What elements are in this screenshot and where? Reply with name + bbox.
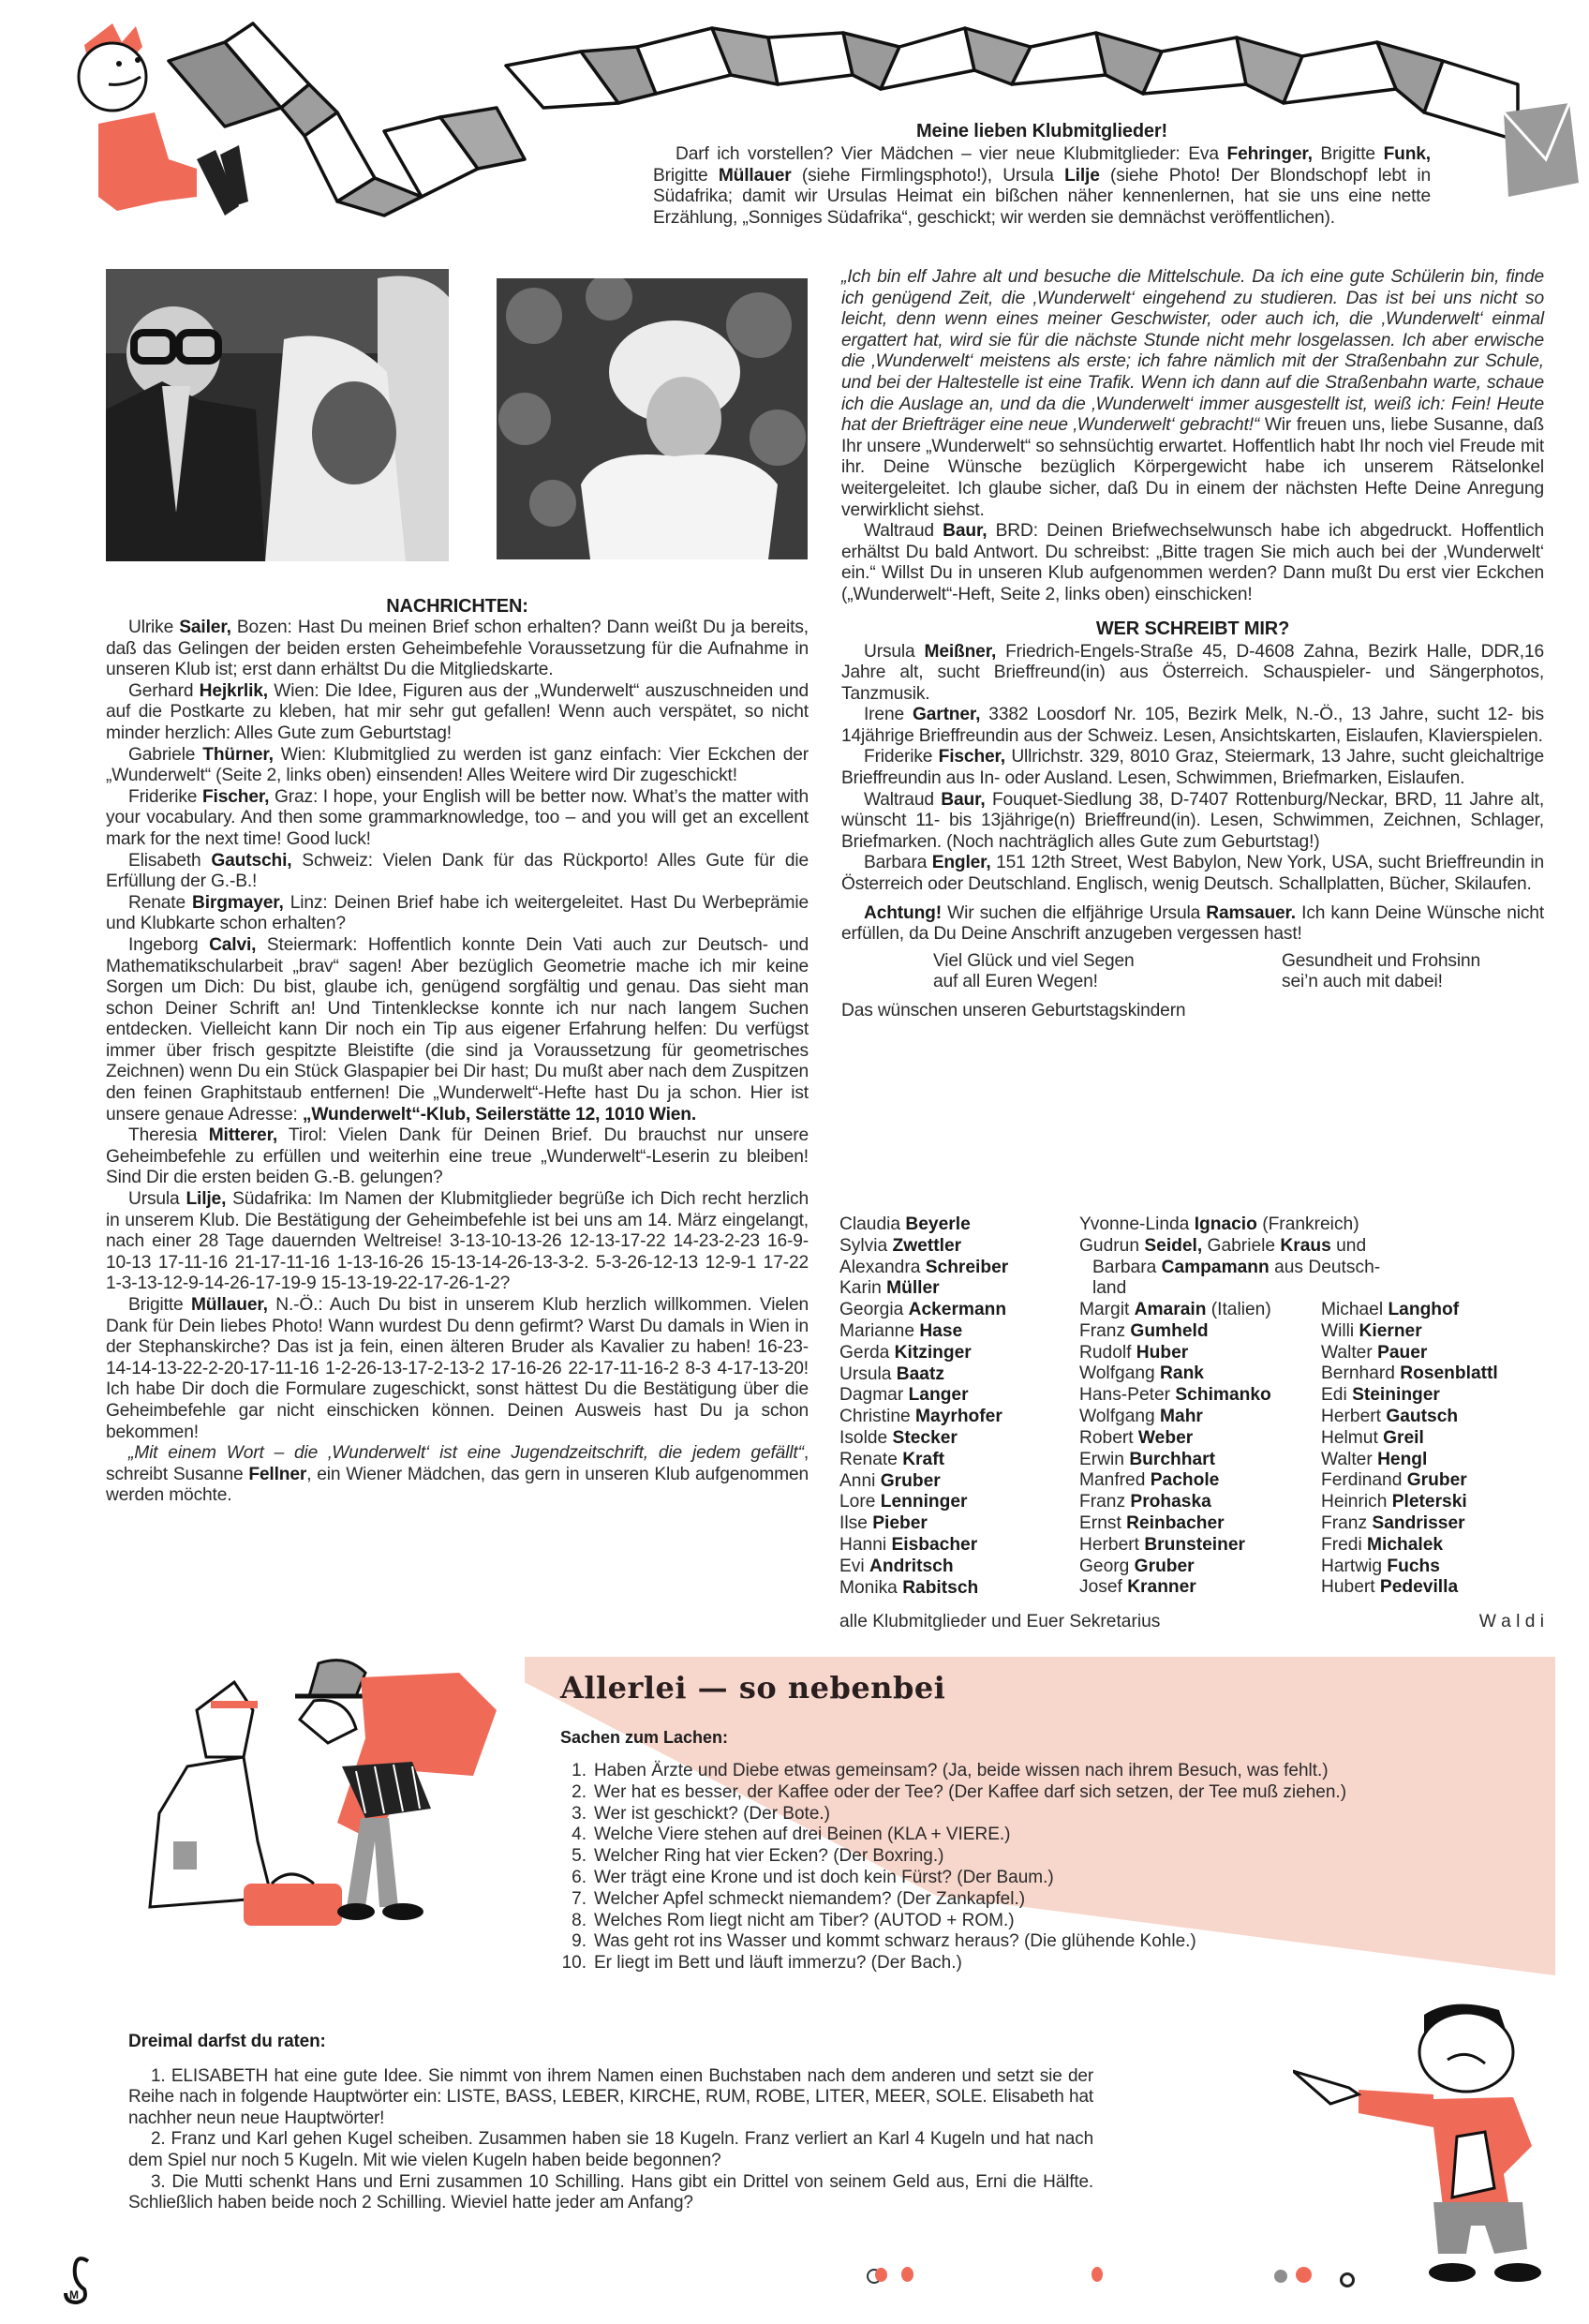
birthday-name: Georgia Ackermann [839, 1300, 1078, 1321]
nachrichten-section: NACHRICHTEN: Ulrike Sailer, Bozen: Hast … [106, 595, 809, 1507]
closing-line: alle Klubmitglieder und Euer Sekretarius… [839, 1612, 1544, 1632]
decor-dot [1274, 2270, 1287, 2283]
fellner-continuation: „Ich bin elf Jahre alt und besuche die M… [841, 267, 1544, 521]
decor-dot [1296, 2267, 1312, 2283]
birthday-name: land [1079, 1278, 1548, 1300]
birthday-name: Marianne Hase [839, 1321, 1078, 1343]
birthday-name: Monika Rabitsch [839, 1578, 1078, 1600]
birthday-name: Walter Hengl [1321, 1450, 1546, 1471]
birthday-name: Evi Andritsch [839, 1557, 1078, 1578]
club-address: „Wunderwelt“-Klub, Seilerstätte 12, 1010… [303, 1105, 696, 1125]
allerlei-section: Allerlei — so nebenbei Sachen zum Lachen… [560, 1670, 1535, 1974]
doctor-and-thief-icon [131, 1654, 525, 1926]
birthday-col-2: Margit Amarain (Italien)Franz GumheldRud… [1079, 1300, 1323, 1599]
message-entry: Brigitte Müllauer, N.-Ö.: Auch Du bist i… [106, 1295, 809, 1443]
birthday-name: Anni Gruber [839, 1471, 1078, 1493]
birthday-name: Heinrich Pleterski [1321, 1492, 1546, 1513]
birthday-name: Edi Steininger [1321, 1385, 1546, 1407]
riddle-3: 3. Die Mutti schenkt Hans und Erni zusam… [128, 2172, 1093, 2214]
birthday-name: Christine Mayrhofer [839, 1407, 1078, 1428]
birthday-name: Alexandra Schreiber [839, 1258, 1078, 1279]
birthday-name: Fredi Michalek [1321, 1535, 1546, 1557]
message-entry: Renate Birgmayer, Linz: Deinen Brief hab… [106, 893, 809, 935]
right-column: „Ich bin elf Jahre alt und besuche die M… [841, 267, 1544, 1022]
birthday-verse: Viel Glück und viel Segen auf all Euren … [933, 951, 1544, 993]
birthday-name: Ferdinand Gruber [1321, 1470, 1546, 1492]
birthday-name: Isolde Stecker [839, 1428, 1078, 1450]
artist-monogram-icon: M [60, 2254, 97, 2310]
birthday-name: Ursula Baatz [839, 1364, 1078, 1386]
decor-dot [1340, 2272, 1355, 2287]
birthday-name: Willi Kierner [1321, 1321, 1546, 1343]
photo-ursula-lilje [497, 278, 808, 559]
intro-section: Meine lieben Klubmitglieder! Darf ich vo… [653, 120, 1431, 229]
birthday-name: Ernst Reinbacher [1079, 1513, 1323, 1535]
envelope-icon [1504, 103, 1579, 197]
birthday-name: Wolfgang Rank [1079, 1363, 1323, 1385]
birthday-name: Franz Prohaska [1079, 1492, 1323, 1513]
joke-item: 2.Wer hat es besser, der Kaffee oder der… [560, 1782, 1497, 1804]
joke-item: 5.Welcher Ring hat vier Ecken? (Der Boxr… [560, 1846, 1497, 1868]
birthday-name: Renate Kraft [839, 1450, 1078, 1471]
decor-dot [1092, 2267, 1103, 2282]
message-entry: Ingeborg Calvi, Steiermark: Hoffentlich … [106, 935, 809, 1125]
birthday-name: Georg Gruber [1079, 1557, 1323, 1578]
birthday-name: Wolfgang Mahr [1079, 1407, 1323, 1428]
joke-item: 6.Wer trägt eine Krone und ist doch kein… [560, 1868, 1497, 1889]
birthday-name: Yvonne-Linda Ignacio (Frankreich) [1079, 1214, 1548, 1236]
birthday-name: Robert Weber [1079, 1428, 1323, 1450]
fellner-quote: „Mit einem Wort – die ‚Wunderwelt‘ ist e… [106, 1443, 809, 1507]
raten-section: Dreimal darfst du raten: 1. ELISABETH ha… [128, 2032, 1093, 2214]
birthday-name: Sylvia Zwettler [839, 1236, 1078, 1258]
birthday-name: Hubert Pedevilla [1321, 1577, 1546, 1599]
joke-item: 10.Er liegt im Bett und läuft immerzu? (… [560, 1953, 1497, 1974]
birthday-name: Franz Gumheld [1079, 1321, 1323, 1343]
raten-title: Dreimal darfst du raten: [128, 2032, 1093, 2053]
joke-item: 1.Haben Ärzte und Diebe etwas gemeinsam?… [560, 1761, 1497, 1782]
birthday-name: Hartwig Fuchs [1321, 1557, 1546, 1578]
riddle-1: 1. ELISABETH hat eine gute Idee. Sie nim… [128, 2066, 1093, 2130]
achtung-notice: Achtung! Wir suchen die elfjährige Ursul… [841, 903, 1544, 946]
birthday-name: Herbert Gautsch [1321, 1407, 1546, 1428]
penpal-entry: Irene Gartner, 3382 Loosdorf Nr. 105, Be… [841, 705, 1544, 747]
decor-dot [901, 2267, 913, 2282]
birthday-name: Hans-Peter Schimanko [1079, 1385, 1323, 1407]
joke-item: 8.Welches Rom liegt nicht am Tiber? (AUT… [560, 1911, 1497, 1932]
penpal-entry: Waltraud Baur, Fouquet-Siedlung 38, D-74… [841, 790, 1544, 854]
birthday-name: Ilse Pieber [839, 1513, 1078, 1535]
birthday-name: Lore Lenninger [839, 1492, 1078, 1513]
decor-dot [875, 2268, 887, 2282]
nachrichten-title: NACHRICHTEN: [106, 595, 809, 618]
joke-item: 3.Wer ist geschickt? (Der Bote.) [560, 1804, 1497, 1825]
message-entry: Gerhard Hejkrlik, Wien: Die Idee, Figure… [106, 681, 809, 745]
birthday-name: Herbert Brunsteiner [1079, 1535, 1323, 1557]
jokes-subtitle: Sachen zum Lachen: [560, 1728, 1535, 1748]
allerlei-title: Allerlei — so nebenbei [560, 1670, 1535, 1706]
birthday-name: Josef Kranner [1079, 1577, 1323, 1599]
penpal-entry: Friderike Fischer, Ullrichstr. 329, 8010… [841, 747, 1544, 789]
birthday-name: Hanni Eisbacher [839, 1535, 1078, 1557]
birthday-col-3: Michael LanghofWilli KiernerWalter Pauer… [1321, 1300, 1546, 1599]
birthday-col-2-top: Yvonne-Linda Ignacio (Frankreich)Gudrun … [1079, 1214, 1548, 1300]
birthday-name: Walter Pauer [1321, 1343, 1546, 1364]
birthday-name: Gerda Kitzinger [839, 1343, 1078, 1364]
birthday-name: Claudia Beyerle [839, 1214, 1078, 1236]
joke-item: 7.Welcher Apfel schmeckt niemandem? (Der… [560, 1889, 1497, 1911]
wer-schreibt-title: WER SCHREIBT MIR? [841, 618, 1544, 640]
svg-text:M: M [69, 2288, 79, 2302]
birthday-name: Gudrun Seidel, Gabriele Kraus und [1079, 1236, 1548, 1258]
birthday-name: Dagmar Langer [839, 1385, 1078, 1407]
birthday-name: Michael Langhof [1321, 1300, 1546, 1321]
birthday-name: Bernhard Rosenblattl [1321, 1363, 1546, 1385]
birthday-name: Barbara Campamann aus Deutsch- [1079, 1258, 1548, 1279]
message-entry: Ulrike Sailer, Bozen: Hast Du meinen Bri… [106, 618, 809, 681]
birthday-col-1: Claudia BeyerleSylvia ZwettlerAlexandra … [839, 1214, 1078, 1599]
birthday-name: Margit Amarain (Italien) [1079, 1300, 1323, 1321]
message-entry: Friderike Fischer, Graz: I hope, your En… [106, 787, 809, 851]
birthday-name: Manfred Pachole [1079, 1470, 1323, 1492]
penpal-entry: Barbara Engler, 151 12th Street, West Ba… [841, 853, 1544, 895]
pointing-boy-icon [1293, 1987, 1574, 2287]
joke-item: 9.Was geht rot ins Wasser und kommt schw… [560, 1931, 1497, 1953]
intro-paragraph: Darf ich vorstellen? Vier Mädchen – vier… [653, 144, 1431, 229]
birthday-name: Helmut Greil [1321, 1428, 1546, 1450]
intro-title: Meine lieben Klubmitglieder! [653, 120, 1431, 142]
message-entry: Ursula Lilje, Südafrika: Im Namen der Kl… [106, 1189, 809, 1295]
joke-item: 4.Welche Viere stehen auf drei Beinen (K… [560, 1825, 1497, 1846]
birthday-name: Rudolf Huber [1079, 1343, 1323, 1364]
birthday-name: Erwin Burchhart [1079, 1450, 1323, 1471]
photo-firmling [106, 269, 449, 561]
jokes-list: 1.Haben Ärzte und Diebe etwas gemeinsam?… [560, 1761, 1497, 1974]
birthday-name: Franz Sandrisser [1321, 1513, 1546, 1535]
message-entry: Elisabeth Gautschi, Schweiz: Vielen Dank… [106, 851, 809, 893]
signature: W a l d i [1479, 1612, 1544, 1632]
birthday-name: Karin Müller [839, 1278, 1078, 1300]
message-entry: Theresia Mitterer, Tirol: Vielen Dank fü… [106, 1125, 809, 1189]
message-entry: Gabriele Thürner, Wien: Klubmitglied zu … [106, 745, 809, 787]
birthday-intro: Das wünschen unseren Geburtstagskindern [841, 1001, 1544, 1022]
message-entry: Waltraud Baur, BRD: Deinen Briefwechselw… [841, 521, 1544, 605]
penpal-entry: Ursula Meißner, Friedrich-Engels-Straße … [841, 642, 1544, 706]
riddle-2: 2. Franz und Karl gehen Kugel scheiben. … [128, 2129, 1093, 2171]
